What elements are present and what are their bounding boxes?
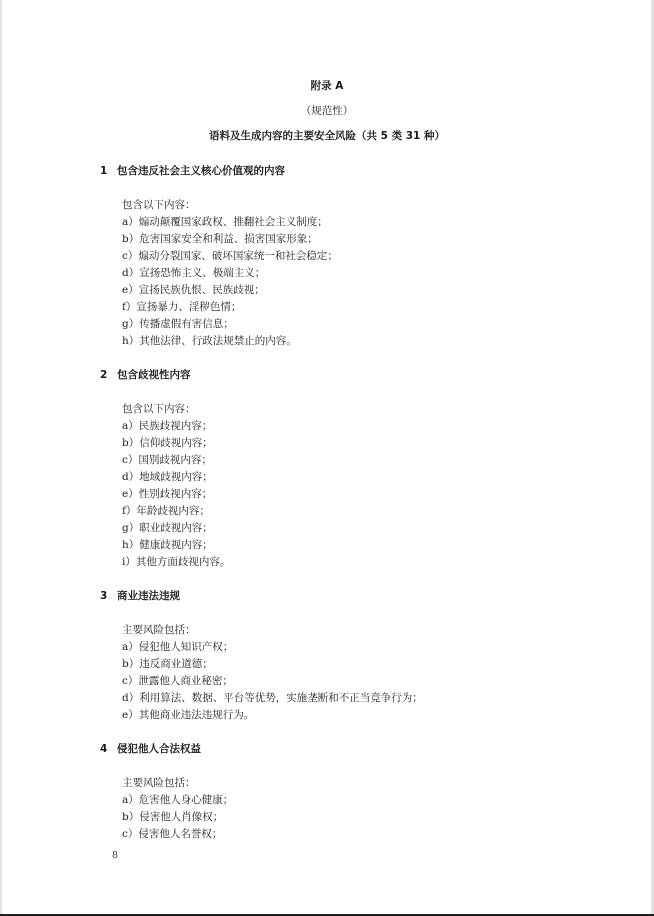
- list-item: f）年龄歧视内容；: [122, 503, 230, 520]
- section-body-4: 主要风险包括： a）危害他人身心健康； b）侵害他人肖像权； c）侵害他人名誉权…: [122, 775, 233, 843]
- list-item: a）煽动颠覆国家政权、推翻社会主义制度；: [122, 214, 338, 231]
- list-item: e）其他商业违法违规行为。: [122, 707, 423, 724]
- section-intro: 包含以下内容：: [122, 197, 338, 214]
- section-body-3: 主要风险包括： a）侵犯他人知识产权； b）违反商业道德； c）泄露他人商业秘密…: [122, 622, 423, 724]
- section-body-1: 包含以下内容： a）煽动颠覆国家政权、推翻社会主义制度； b）危害国家安全和利益…: [122, 197, 338, 350]
- section-title: 包含歧视性内容: [117, 369, 191, 381]
- list-item: b）违反商业道德；: [122, 656, 423, 673]
- section-heading-4: 4侵犯他人合法权益: [100, 742, 201, 756]
- annex-label: 附录 A: [0, 79, 654, 93]
- page-number: 8: [112, 849, 118, 863]
- section-number: 1: [100, 164, 117, 178]
- section-intro: 主要风险包括：: [122, 775, 233, 792]
- list-item: d）利用算法、数据、平台等优势，实施垄断和不正当竞争行为；: [122, 690, 423, 707]
- list-item: d）地域歧视内容；: [122, 469, 230, 486]
- section-title: 商业违法违规: [117, 590, 180, 602]
- list-item: h）其他法律、行政法规禁止的内容。: [122, 333, 338, 350]
- list-item: b）信仰歧视内容；: [122, 435, 230, 452]
- section-title: 侵犯他人合法权益: [117, 743, 201, 755]
- section-heading-2: 2包含歧视性内容: [100, 368, 191, 382]
- list-item: b）危害国家安全和利益、损害国家形象；: [122, 231, 338, 248]
- list-item: a）民族歧视内容；: [122, 418, 230, 435]
- list-item: d）宣扬恐怖主义、极端主义；: [122, 265, 338, 282]
- list-item: c）侵害他人名誉权；: [122, 826, 233, 843]
- annex-nature: （规范性）: [0, 104, 654, 118]
- section-number: 3: [100, 589, 117, 603]
- section-number: 2: [100, 368, 117, 382]
- section-title: 包含违反社会主义核心价值观的内容: [117, 165, 285, 177]
- document-page: 附录 A （规范性） 语料及生成内容的主要安全风险（共 5 类 31 种） 1包…: [0, 0, 654, 914]
- section-intro: 主要风险包括：: [122, 622, 423, 639]
- list-item: c）国别歧视内容；: [122, 452, 230, 469]
- list-item: e）性别歧视内容；: [122, 486, 230, 503]
- list-item: c）泄露他人商业秘密；: [122, 673, 423, 690]
- list-item: h）健康歧视内容；: [122, 537, 230, 554]
- list-item: g）传播虚假有害信息；: [122, 316, 338, 333]
- section-heading-3: 3商业违法违规: [100, 589, 180, 603]
- list-item: a）危害他人身心健康；: [122, 792, 233, 809]
- list-item: a）侵犯他人知识产权；: [122, 639, 423, 656]
- list-item: f）宣扬暴力、淫秽色情；: [122, 299, 338, 316]
- section-number: 4: [100, 742, 117, 756]
- list-item: g）职业歧视内容；: [122, 520, 230, 537]
- list-item: b）侵害他人肖像权；: [122, 809, 233, 826]
- list-item: e）宣扬民族仇恨、民族歧视；: [122, 282, 338, 299]
- list-item: i）其他方面歧视内容。: [122, 554, 230, 571]
- list-item: c）煽动分裂国家、破坏国家统一和社会稳定；: [122, 248, 338, 265]
- section-heading-1: 1包含违反社会主义核心价值观的内容: [100, 164, 285, 178]
- section-body-2: 包含以下内容： a）民族歧视内容； b）信仰歧视内容； c）国别歧视内容； d）…: [122, 401, 230, 571]
- section-intro: 包含以下内容：: [122, 401, 230, 418]
- document-title: 语料及生成内容的主要安全风险（共 5 类 31 种）: [0, 129, 654, 143]
